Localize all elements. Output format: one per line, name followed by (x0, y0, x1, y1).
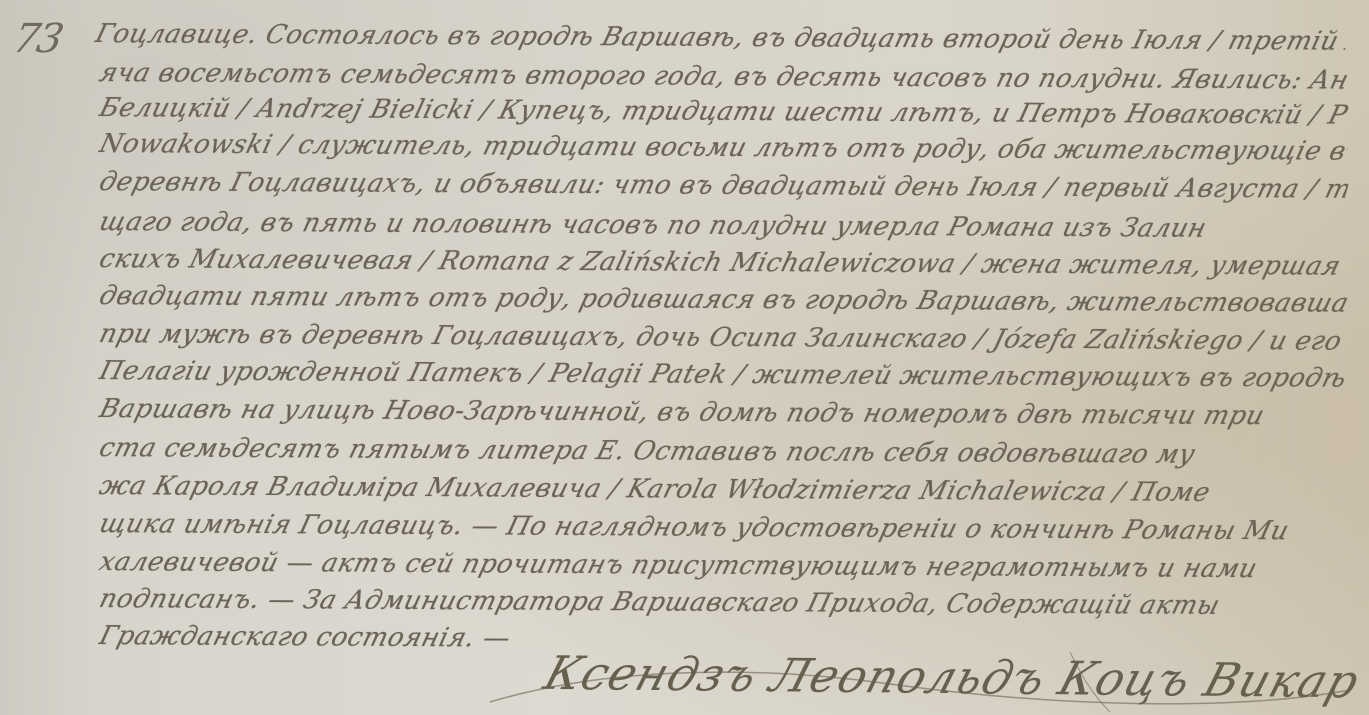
text-line-8: двадцати пяти лѣтъ отъ роду, родившаяся … (96, 280, 1351, 320)
text-line-3: Белицкій / Andrzej Bielicki / Купецъ, тр… (96, 92, 1351, 132)
text-line-1: Гоцлавице. Состоялось въ городѣ Варшавѣ,… (92, 18, 1351, 58)
document-page: 73 Гоцлавице. Состоялось въ городѣ Варша… (0, 0, 1369, 715)
text-line-14: щика имѣнія Гоцлавицъ. — По наглядномъ у… (96, 508, 1351, 548)
text-line-4: Nowakowski / служитель, тридцати восьми … (96, 128, 1351, 168)
text-line-2: яча восемьсотъ семьдесятъ второго года, … (96, 57, 1351, 97)
text-line-6: щаго года, въ пять и половинѣ часовъ по … (96, 206, 1351, 246)
text-line-10: Пелагіи урожденной Патекъ / Pelagii Pate… (96, 355, 1351, 395)
signature: Ксендзъ Леопольдъ Коцъ Викар (538, 646, 1366, 709)
entry-number: 73 (9, 16, 66, 62)
text-line-5: деревнѣ Гоцлавицахъ, и объявили: что въ … (96, 166, 1351, 206)
text-line-13: жа Кароля Владиміра Михалевича / Karola … (96, 470, 1351, 510)
text-line-15: халевичевой — актъ сей прочитанъ присутс… (96, 546, 1351, 586)
text-line-7: скихъ Михалевичевая / Romana z Zalińskic… (96, 243, 1351, 283)
text-line-11: Варшавѣ на улицѣ Ново-Зарѣчинной, въ дом… (96, 393, 1351, 433)
text-line-9: при мужѣ въ деревнѣ Гоцлавицахъ, дочь Ос… (96, 318, 1351, 358)
text-line-16: подписанъ. — За Администратора Варшавска… (96, 583, 1351, 623)
page-margin (0, 0, 95, 715)
text-line-12: ста семьдесятъ пятымъ литера Е. Оставивъ… (96, 432, 1351, 472)
